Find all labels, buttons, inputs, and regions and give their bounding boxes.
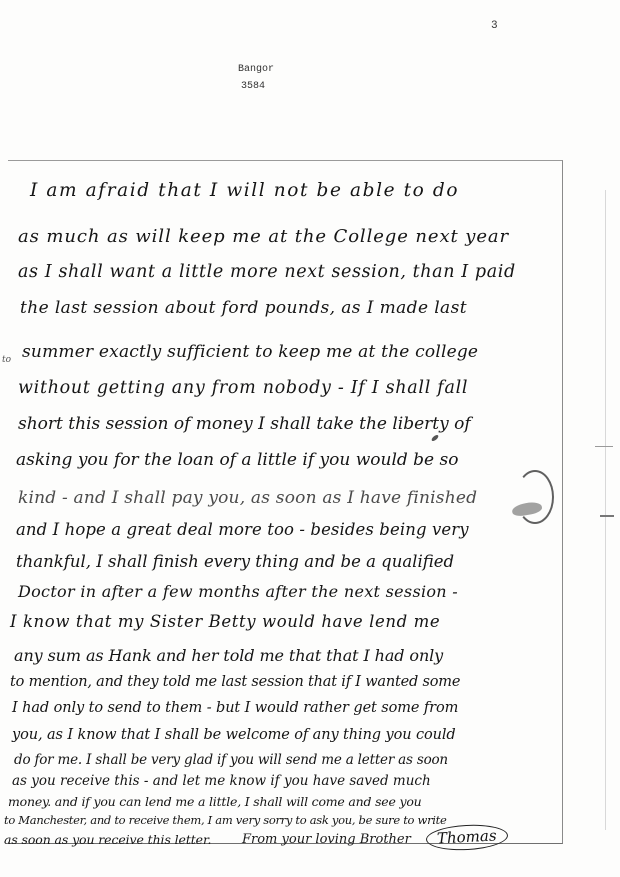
letter-line: and I hope a great deal more too - besid… xyxy=(16,520,469,539)
archive-label: Bangor xyxy=(238,61,274,78)
margin-note: to xyxy=(2,355,11,365)
letter-line: short this session of money I shall take… xyxy=(18,414,471,434)
letter-line: as soon as you receive this letter. xyxy=(4,832,211,847)
letter-line: summer exactly sufficient to keep me at … xyxy=(22,342,478,362)
letter-line: without getting any from nobody - If I s… xyxy=(18,378,468,398)
letter-line: any sum as Hank and her told me that tha… xyxy=(14,646,443,665)
letter-line: to Manchester, and to receive them, I am… xyxy=(4,813,446,827)
letter-line: to mention, and they told me last sessio… xyxy=(10,674,460,690)
letter-line: the last session about ford pounds, as I… xyxy=(20,298,467,318)
letter-line: as I shall want a little more next sessi… xyxy=(18,262,516,282)
letter-closing: From your loving Brother xyxy=(242,832,411,847)
letter-line: Doctor in after a few months after the n… xyxy=(18,582,458,601)
letter-line: do for me. I shall be very glad if you w… xyxy=(14,752,448,768)
letter-line: I had only to send to them - but I would… xyxy=(12,700,458,716)
letter-line: money. and if you can lend me a little, … xyxy=(8,794,422,809)
letter-line: asking you for the loan of a little if y… xyxy=(16,450,458,470)
letter-line: I know that my Sister Betty would have l… xyxy=(10,612,440,631)
archive-number: 3584 xyxy=(238,78,274,95)
letter-line: you, as I know that I shall be welcome o… xyxy=(12,727,456,743)
letter-line: as much as will keep me at the College n… xyxy=(18,226,509,247)
letter-line: thankful, I shall finish every thing and… xyxy=(16,552,454,571)
letter-line: kind - and I shall pay you, as soon as I… xyxy=(18,488,477,508)
edge-mark xyxy=(600,515,614,517)
edge-mark xyxy=(595,446,613,447)
page-number: 3 xyxy=(491,20,498,32)
adjacent-sheet-edge xyxy=(605,190,606,830)
letter-line: I am afraid that I will not be able to d… xyxy=(30,180,459,201)
archive-reference: Bangor 3584 xyxy=(238,61,274,95)
letter-line: as you receive this - and let me know if… xyxy=(12,773,431,789)
